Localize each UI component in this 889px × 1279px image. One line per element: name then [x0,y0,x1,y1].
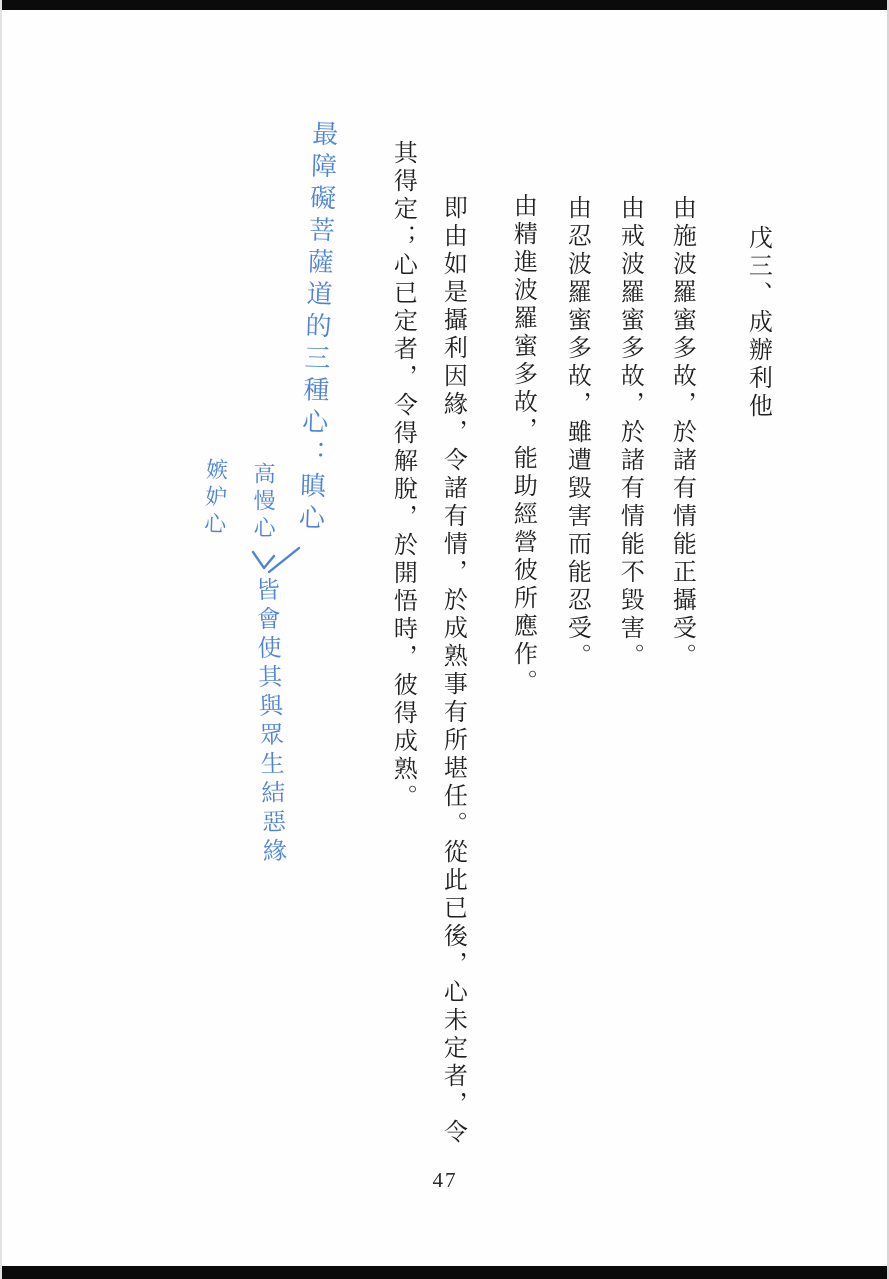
scan-edge-top [0,0,889,10]
handwritten-note-jealousy: 嫉妒心 [201,458,227,540]
handwritten-note-three-minds: 最障礙菩薩道的三種心：瞋心 [294,120,336,537]
section-heading: 戊三、成辦利他 [744,225,770,421]
scan-edge-bottom [0,1266,889,1279]
handwritten-note-conclusion: 皆會使其與眾生結惡緣 [252,577,285,868]
handwritten-note-pride: 高慢心 [251,462,274,543]
text-column-patience: 由忍波羅蜜多故，雖遭毀害而能忍受。 [563,195,589,671]
text-column-diligence: 由精進波羅蜜多故，能助經營彼所應作。 [509,193,535,697]
page-number: 47 [410,1168,480,1193]
text-column-benefit: 即由如是攝利因緣，令諸有情，於成熟事有所堪任。從此已後，心未定者，令 [439,195,465,1147]
scanned-book-page: 戊三、成辦利他 由施波羅蜜多故，於諸有情能正攝受。 由戒波羅蜜多故，於諸有情能不… [0,0,889,1279]
text-column-giving: 由施波羅蜜多故，於諸有情能正攝受。 [668,195,694,671]
text-column-discipline: 由戒波羅蜜多故，於諸有情能不毀害。 [616,195,642,671]
scan-edge-left [0,0,2,1279]
text-column-liberation: 其得定；心已定者，令得解脫，於開悟時，彼得成熟。 [389,140,415,812]
